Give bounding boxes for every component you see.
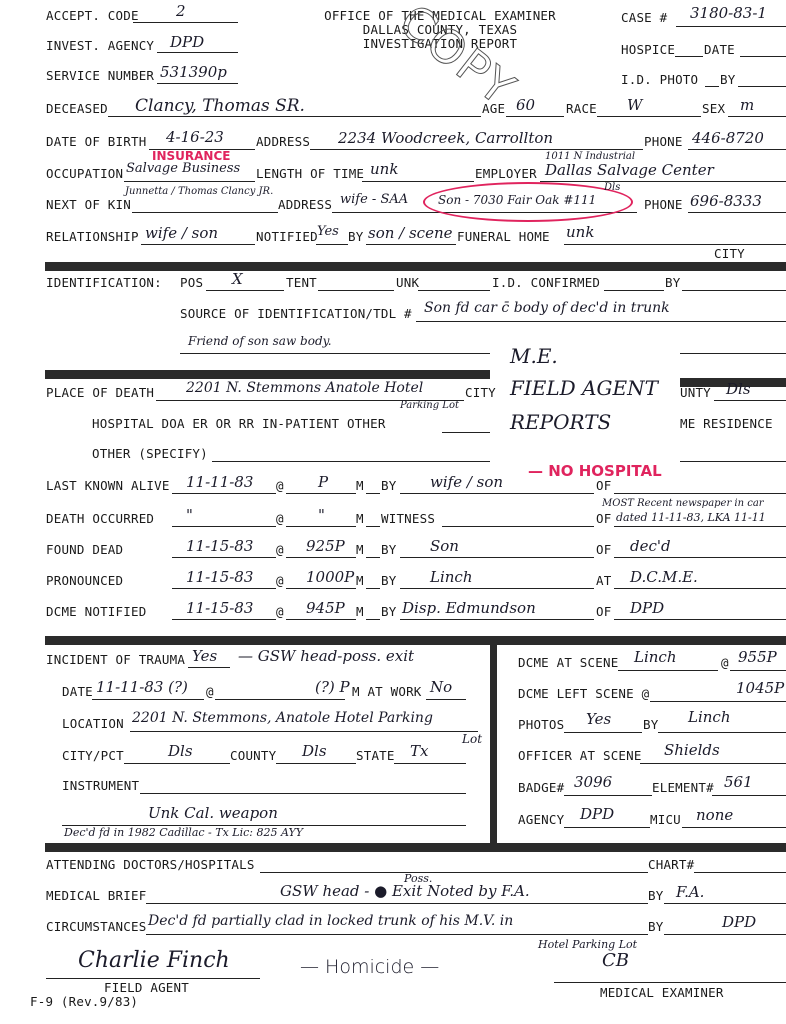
other-specify-label: OTHER (SPECIFY) [92, 446, 208, 461]
timeline-label: FOUND DEAD [46, 542, 123, 557]
id-photo-by-label: BY [720, 72, 735, 87]
relationship-value[interactable]: wife / son [145, 224, 218, 242]
timeline-at: @ [276, 573, 284, 588]
timeline-time-line [286, 526, 356, 527]
incident-of-trauma-detail[interactable]: — GSW head-poss. exit [238, 647, 414, 665]
timeline-date[interactable]: 11-15-83 [186, 568, 253, 586]
timeline-date[interactable]: 11-15-83 [186, 599, 253, 617]
timeline-time-line [286, 588, 356, 589]
photos-by-label: BY [643, 717, 658, 732]
medical-brief-label: MEDICAL BRIEF [46, 888, 146, 903]
race-label: RACE [566, 101, 597, 116]
length-of-time-value[interactable]: unk [370, 160, 398, 178]
timeline-date-line [172, 557, 276, 558]
form-number: F-9 (Rev.9/83) [30, 994, 138, 1009]
me-annotation-line2: FIELD AGENT [510, 376, 658, 400]
timeline-of[interactable]: D.C.M.E. [630, 568, 698, 586]
timeline-of-line [614, 557, 786, 558]
trauma-location-value[interactable]: 2201 N. Stemmons, Anatole Hotel Parking [132, 710, 433, 726]
dcme-at-scene-at: @ [721, 655, 729, 670]
invest-agency-value[interactable]: DPD [170, 33, 204, 51]
race-value[interactable]: W [627, 96, 642, 114]
trauma-city-label: CITY/PCT [62, 748, 124, 763]
occupation-value[interactable]: Salvage Business [126, 161, 240, 176]
officer-at-scene-value[interactable]: Shields [664, 741, 720, 759]
instrument-label: INSTRUMENT [62, 778, 139, 793]
kin-phone-value[interactable]: 696-8333 [690, 192, 762, 210]
timeline-m-line [366, 557, 380, 558]
trauma-city-value[interactable]: Dls [168, 742, 193, 760]
source-of-identification-label: SOURCE OF IDENTIFICATION/TDL # [180, 306, 412, 321]
attending-label: ATTENDING DOCTORS/HOSPITALS [46, 857, 255, 872]
timeline-by-label: WITNESS [381, 511, 435, 526]
timeline-date-line [172, 619, 276, 620]
section-divider [45, 636, 786, 645]
newspaper-note: MOST Recent newspaper in car [602, 498, 764, 509]
photos-label: PHOTOS [518, 717, 564, 732]
timeline-of-line [614, 493, 786, 494]
employer-value[interactable]: Dallas Salvage Center [545, 161, 714, 179]
length-of-time-label: LENGTH OF TIME [256, 166, 364, 181]
timeline-by-line [400, 493, 594, 494]
place-county-label: UNTY [680, 385, 711, 400]
place-options[interactable]: HOSPITAL DOA ER OR RR IN-PATIENT OTHER [92, 416, 386, 431]
trauma-state-value[interactable]: Tx [410, 742, 428, 760]
section-divider [45, 843, 786, 852]
timeline-time[interactable]: 1000P [306, 568, 354, 586]
funeral-home-value[interactable]: unk [566, 223, 594, 241]
timeline-m-line [366, 493, 380, 494]
timeline-of[interactable]: dec'd [630, 537, 671, 555]
dcme-left-scene-label: DCME LEFT SCENE @ [518, 686, 649, 701]
next-of-kin-label: NEXT OF KIN [46, 197, 131, 212]
medical-brief-by-label: BY [648, 888, 663, 903]
place-city-label: CITY [465, 385, 496, 400]
timeline-at: @ [276, 542, 284, 557]
case-value[interactable]: 3180-83-1 [690, 4, 767, 22]
timeline-label: DEATH OCCURRED [46, 511, 154, 526]
age-value[interactable]: 60 [516, 96, 535, 114]
source-of-identification-value[interactable]: Son fd car c̄ body of dec'd in trunk [424, 300, 670, 316]
officer-at-scene-label: OFFICER AT SCENE [518, 748, 642, 763]
timeline-time[interactable]: P [318, 473, 328, 491]
kin-address-value[interactable]: wife - SAA [340, 192, 408, 207]
relationship-label: RELATIONSHIP [46, 229, 139, 244]
timeline-by[interactable]: wife / son [430, 473, 503, 491]
element-value[interactable]: 561 [724, 773, 753, 791]
timeline-by-label: BY [381, 573, 396, 588]
timeline-by[interactable]: Son [430, 537, 459, 555]
notified-by-value[interactable]: son / scene [368, 224, 453, 242]
timeline-of-label: OF [596, 511, 611, 526]
timeline-time[interactable]: 925P [306, 537, 345, 555]
element-label: ELEMENT# [652, 780, 714, 795]
pos-label: POS [180, 275, 203, 290]
id-confirmed-label: I.D. CONFIRMED [492, 275, 600, 290]
timeline-time-line [286, 493, 356, 494]
micu-label: MICU [650, 812, 681, 827]
tent-label: TENT [286, 275, 317, 290]
timeline-label: PRONOUNCED [46, 573, 123, 588]
timeline-time[interactable]: " [318, 506, 325, 524]
place-options-right[interactable]: ME RESIDENCE [680, 416, 773, 431]
circumstances-label: CIRCUMSTANCES [46, 919, 146, 934]
timeline-of-label: OF [596, 604, 611, 619]
sex-label: SEX [702, 101, 725, 116]
unk-label: UNK [396, 275, 419, 290]
timeline-time-line [286, 619, 356, 620]
notified-by-label: BY [348, 229, 363, 244]
trauma-location-label: LOCATION [62, 716, 124, 731]
timeline-by-label: BY [381, 478, 396, 493]
timeline-by[interactable]: Disp. Edmundson [402, 599, 536, 617]
trauma-date-value[interactable]: 11-11-83 (?) [96, 678, 188, 696]
sex-value[interactable]: m [740, 96, 754, 114]
badge-value[interactable]: 3096 [574, 773, 612, 791]
chart-label: CHART# [648, 857, 694, 872]
timeline-m-line [366, 526, 380, 527]
kin-address-city-note: Dls [604, 182, 620, 193]
timeline-of-label: OF [596, 542, 611, 557]
me-annotation-line1: M.E. [510, 344, 558, 368]
photos-by-value[interactable]: Linch [688, 708, 730, 726]
hospice-date-label: DATE [704, 42, 735, 57]
dcme-at-scene-label: DCME AT SCENE [518, 655, 618, 670]
phone-value[interactable]: 446-8720 [692, 129, 764, 147]
timeline-of-line [614, 588, 786, 589]
timeline-label: DCME NOTIFIED [46, 604, 146, 619]
place-of-death-label: PLACE OF DEATH [46, 385, 154, 400]
timeline-m: M [356, 604, 364, 619]
invest-agency-label: INVEST. AGENCY [46, 38, 154, 53]
trauma-date-label: DATE [62, 684, 93, 699]
deceased-name[interactable]: Clancy, Thomas SR. [135, 96, 305, 116]
medical-brief-value[interactable]: GSW head - ● Exit Noted by F.A. [280, 882, 530, 900]
notified-label: NOTIFIED [256, 229, 318, 244]
timeline-by-line [400, 588, 594, 589]
employer-label: EMPLOYER [475, 166, 537, 181]
trauma-time-value[interactable]: (?) P [315, 678, 350, 696]
timeline-by-line [442, 526, 594, 527]
service-number-label: SERVICE NUMBER [46, 68, 154, 83]
timeline-date[interactable]: 11-15-83 [186, 537, 253, 555]
instrument-value[interactable]: Unk Cal. weapon [148, 804, 278, 822]
case-label: CASE # [621, 10, 667, 25]
phone-label: PHONE [644, 134, 683, 149]
agency-value[interactable]: DPD [580, 805, 614, 823]
incident-of-trauma-value[interactable]: Yes [192, 647, 217, 665]
timeline-at: @ [276, 511, 284, 526]
address-label: ADDRESS [256, 134, 310, 149]
hospice-label: HOSPICE [621, 42, 675, 57]
medical-examiner-label: MEDICAL EXAMINER [600, 985, 724, 1000]
timeline-by-label: BY [381, 604, 396, 619]
timeline-time-line [286, 557, 356, 558]
timeline-m: M [356, 573, 364, 588]
id-confirmed-by-label: BY [665, 275, 680, 290]
circumstances-by-value[interactable]: DPD [722, 913, 756, 931]
section-divider [45, 370, 490, 379]
timeline-of-label: AT [596, 573, 611, 588]
timeline-at: @ [276, 478, 284, 493]
photos-value[interactable]: Yes [586, 710, 611, 728]
timeline-m-line [366, 588, 380, 589]
occupation-label: OCCUPATION [46, 166, 123, 181]
timeline-by[interactable]: Linch [430, 568, 472, 586]
dob-value[interactable]: 4-16-23 [166, 128, 224, 146]
timeline-m-line [366, 619, 380, 620]
timeline-of-label: OF [596, 478, 611, 493]
dcme-at-scene-time[interactable]: 955P [738, 648, 777, 666]
next-of-kin-names: Junnetta / Thomas Clancy JR. [125, 186, 273, 197]
deceased-label: DECEASED [46, 101, 108, 116]
vehicle-note: Dec'd fd in 1982 Cadillac - Tx Lic: 825 … [64, 826, 303, 839]
identification-label: IDENTIFICATION: [46, 275, 162, 290]
field-agent-label: FIELD AGENT [104, 980, 189, 995]
place-county-value[interactable]: Dls [726, 380, 751, 398]
me-annotation-line3: REPORTS [510, 410, 611, 434]
field-agent-signature: Charlie Finch [78, 948, 230, 973]
dob-label: DATE OF BIRTH [46, 134, 146, 149]
no-hospital-annotation: — NO HOSPITAL [528, 462, 662, 480]
timeline-m: M [356, 478, 364, 493]
medical-brief-by-value[interactable]: F.A. [676, 883, 704, 901]
circumstances-value[interactable]: Dec'd fd partially clad in locked trunk … [148, 913, 513, 929]
timeline-at: @ [276, 604, 284, 619]
kin-address-label: ADDRESS [278, 197, 332, 212]
kin-phone-label: PHONE [644, 197, 683, 212]
at-work-value[interactable]: No [430, 678, 452, 696]
timeline-of-line [614, 619, 786, 620]
trauma-county-label: COUNTY [230, 748, 276, 763]
trauma-state-label: STATE [356, 748, 395, 763]
timeline-by-label: BY [381, 542, 396, 557]
accept-code-value[interactable]: 2 [176, 2, 186, 20]
timeline-date-line [172, 493, 276, 494]
source-of-identification-value-2[interactable]: Friend of son saw body. [188, 334, 332, 348]
funeral-home-label: FUNERAL HOME [457, 229, 550, 244]
accept-code-label: ACCEPT. CODE [46, 8, 139, 23]
box-divider [490, 636, 497, 850]
dcme-at-scene-value[interactable]: Linch [634, 648, 676, 666]
service-number-value[interactable]: 531390p [160, 63, 227, 81]
age-label: AGE [482, 101, 505, 116]
timeline-by-line [400, 619, 594, 620]
at-work-label: M AT WORK [352, 684, 422, 699]
timeline-label: LAST KNOWN ALIVE [46, 478, 170, 493]
micu-value[interactable]: none [696, 806, 733, 824]
timeline-date[interactable]: 11-11-83 [186, 473, 253, 491]
place-of-death-note: Parking Lot [400, 400, 459, 411]
incident-of-trauma-label: INCIDENT OF TRAUMA [46, 652, 185, 667]
id-photo-label: I.D. PHOTO [621, 72, 698, 87]
address-value[interactable]: 2234 Woodcreek, Carrollton [338, 129, 553, 147]
badge-label: BADGE# [518, 780, 564, 795]
funeral-city-label: CITY [714, 246, 745, 261]
timeline-m: M [356, 542, 364, 557]
timeline-m: M [356, 511, 364, 526]
trauma-county-value[interactable]: Dls [302, 742, 327, 760]
circumstances-by-label: BY [648, 919, 663, 934]
dcme-left-scene-value[interactable]: 1045P [736, 679, 784, 697]
timeline-of[interactable]: DPD [630, 599, 664, 617]
timeline-of-line [614, 526, 786, 527]
timeline-by-line [400, 557, 594, 558]
timeline-date-line [172, 588, 276, 589]
timeline-date-line [172, 526, 276, 527]
timeline-time[interactable]: 945P [306, 599, 345, 617]
trauma-at-symbol: @ [206, 684, 214, 699]
notified-value[interactable]: Yes [317, 224, 339, 239]
kin-address-son[interactable]: Son - 7030 Fair Oak #111 [438, 193, 596, 207]
place-of-death-value[interactable]: 2201 N. Stemmons Anatole Hotel [186, 380, 423, 396]
pos-checkbox[interactable]: X [232, 270, 243, 288]
section-divider [45, 262, 786, 271]
agency-label: AGENCY [518, 812, 564, 827]
timeline-of[interactable]: dated 11-11-83, LKA 11-11 [616, 511, 766, 524]
homicide-note: — Homicide — [300, 956, 439, 978]
me-signature: CB [602, 950, 629, 971]
trauma-location-note: Lot [462, 732, 482, 746]
timeline-date[interactable]: " [186, 506, 193, 524]
